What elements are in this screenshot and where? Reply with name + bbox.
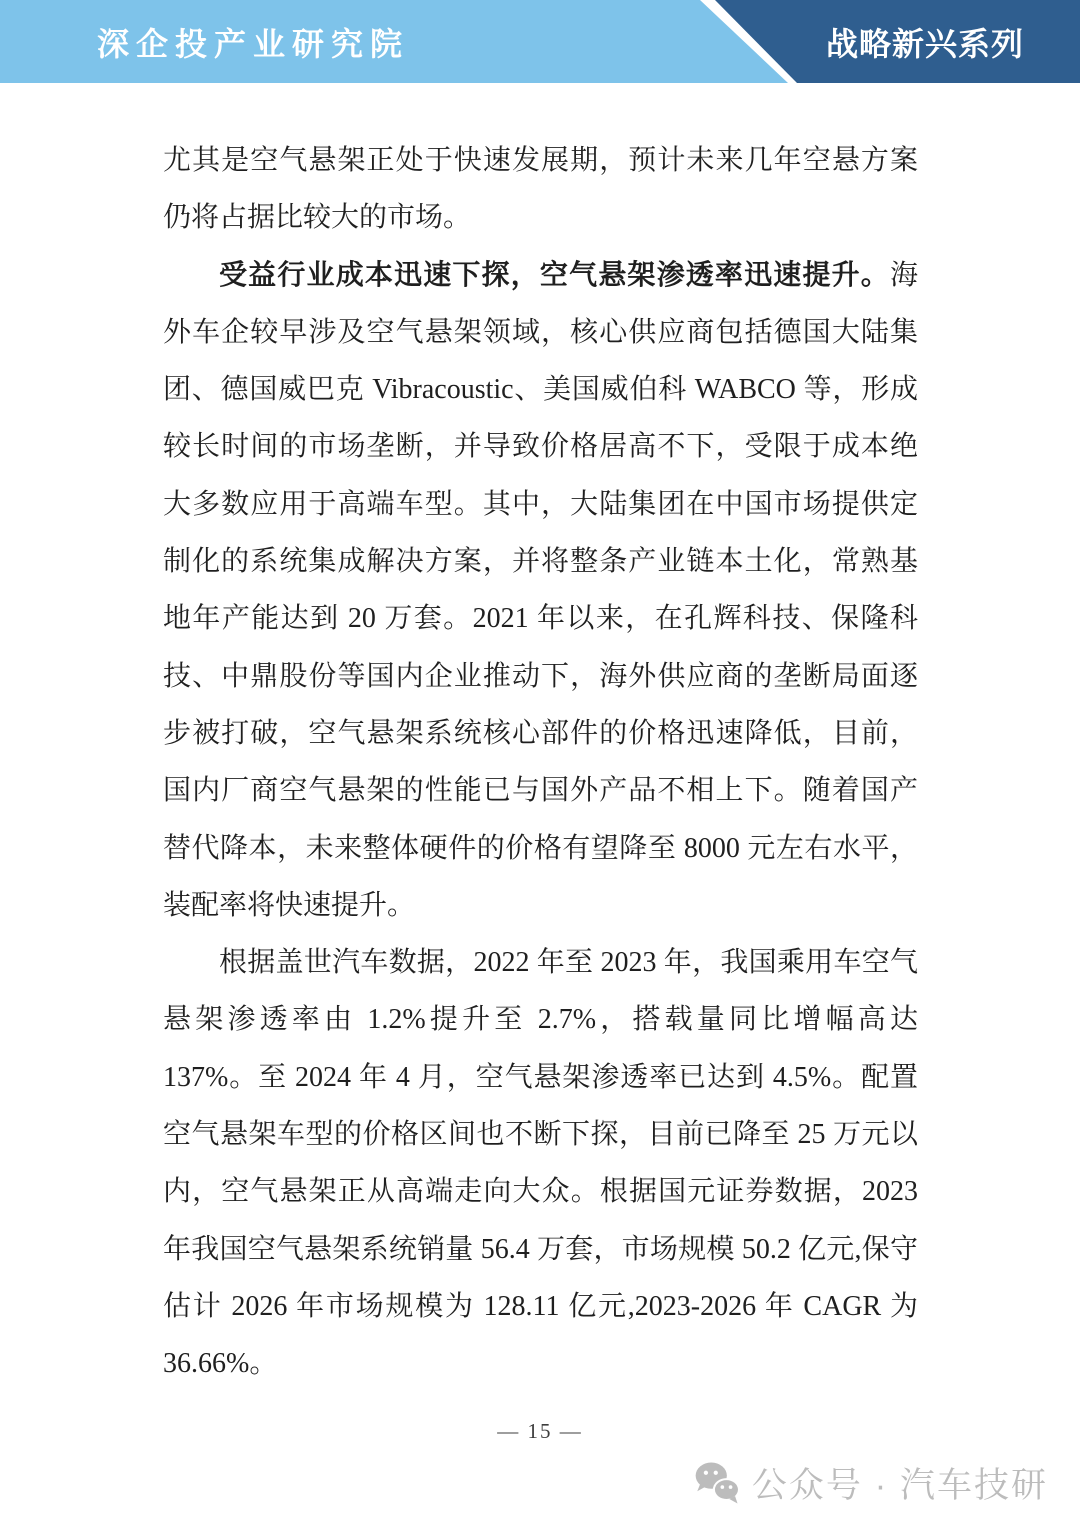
paragraph-1-text: 尤其是空气悬架正处于快速发展期，预计未来几年空悬方案仍将占据比较大的市场。 [163,145,918,233]
wechat-icon [694,1460,740,1506]
paragraph-2: 受益行业成本迅速下探，空气悬架渗透率迅速提升。海外车企较早涉及空气悬架领域，核心… [163,247,918,935]
paragraph-3: 根据盖世汽车数据，2022 年至 2023 年，我国乘用车空气悬架渗透率由 1.… [163,934,918,1392]
document-body: 尤其是空气悬架正处于快速发展期，预计未来几年空悬方案仍将占据比较大的市场。 受益… [163,132,918,1393]
watermark-text: 公众号 · 汽车技研 [752,1458,1048,1508]
paragraph-1: 尤其是空气悬架正处于快速发展期，预计未来几年空悬方案仍将占据比较大的市场。 [163,132,918,247]
page-header-banner: 深企投产业研究院 战略新兴系列 [0,0,1080,83]
wechat-watermark: 公众号 · 汽车技研 [694,1458,1048,1508]
paragraph-3-text: 根据盖世汽车数据，2022 年至 2023 年，我国乘用车空气悬架渗透率由 1.… [163,947,918,1379]
document-page: 深企投产业研究院 战略新兴系列 尤其是空气悬架正处于快速发展期，预计未来几年空悬… [0,0,1080,1527]
paragraph-2-text: 海外车企较早涉及空气悬架领域，核心供应商包括德国大陆集团、德国威巴克 Vibra… [163,260,918,921]
institute-title: 深企投产业研究院 [97,0,409,83]
paragraph-2-bold-lead: 受益行业成本迅速下探，空气悬架渗透率迅速提升。 [219,260,890,291]
series-title: 战略新兴系列 [826,0,1024,83]
page-number: — 15 — [0,1419,1080,1444]
